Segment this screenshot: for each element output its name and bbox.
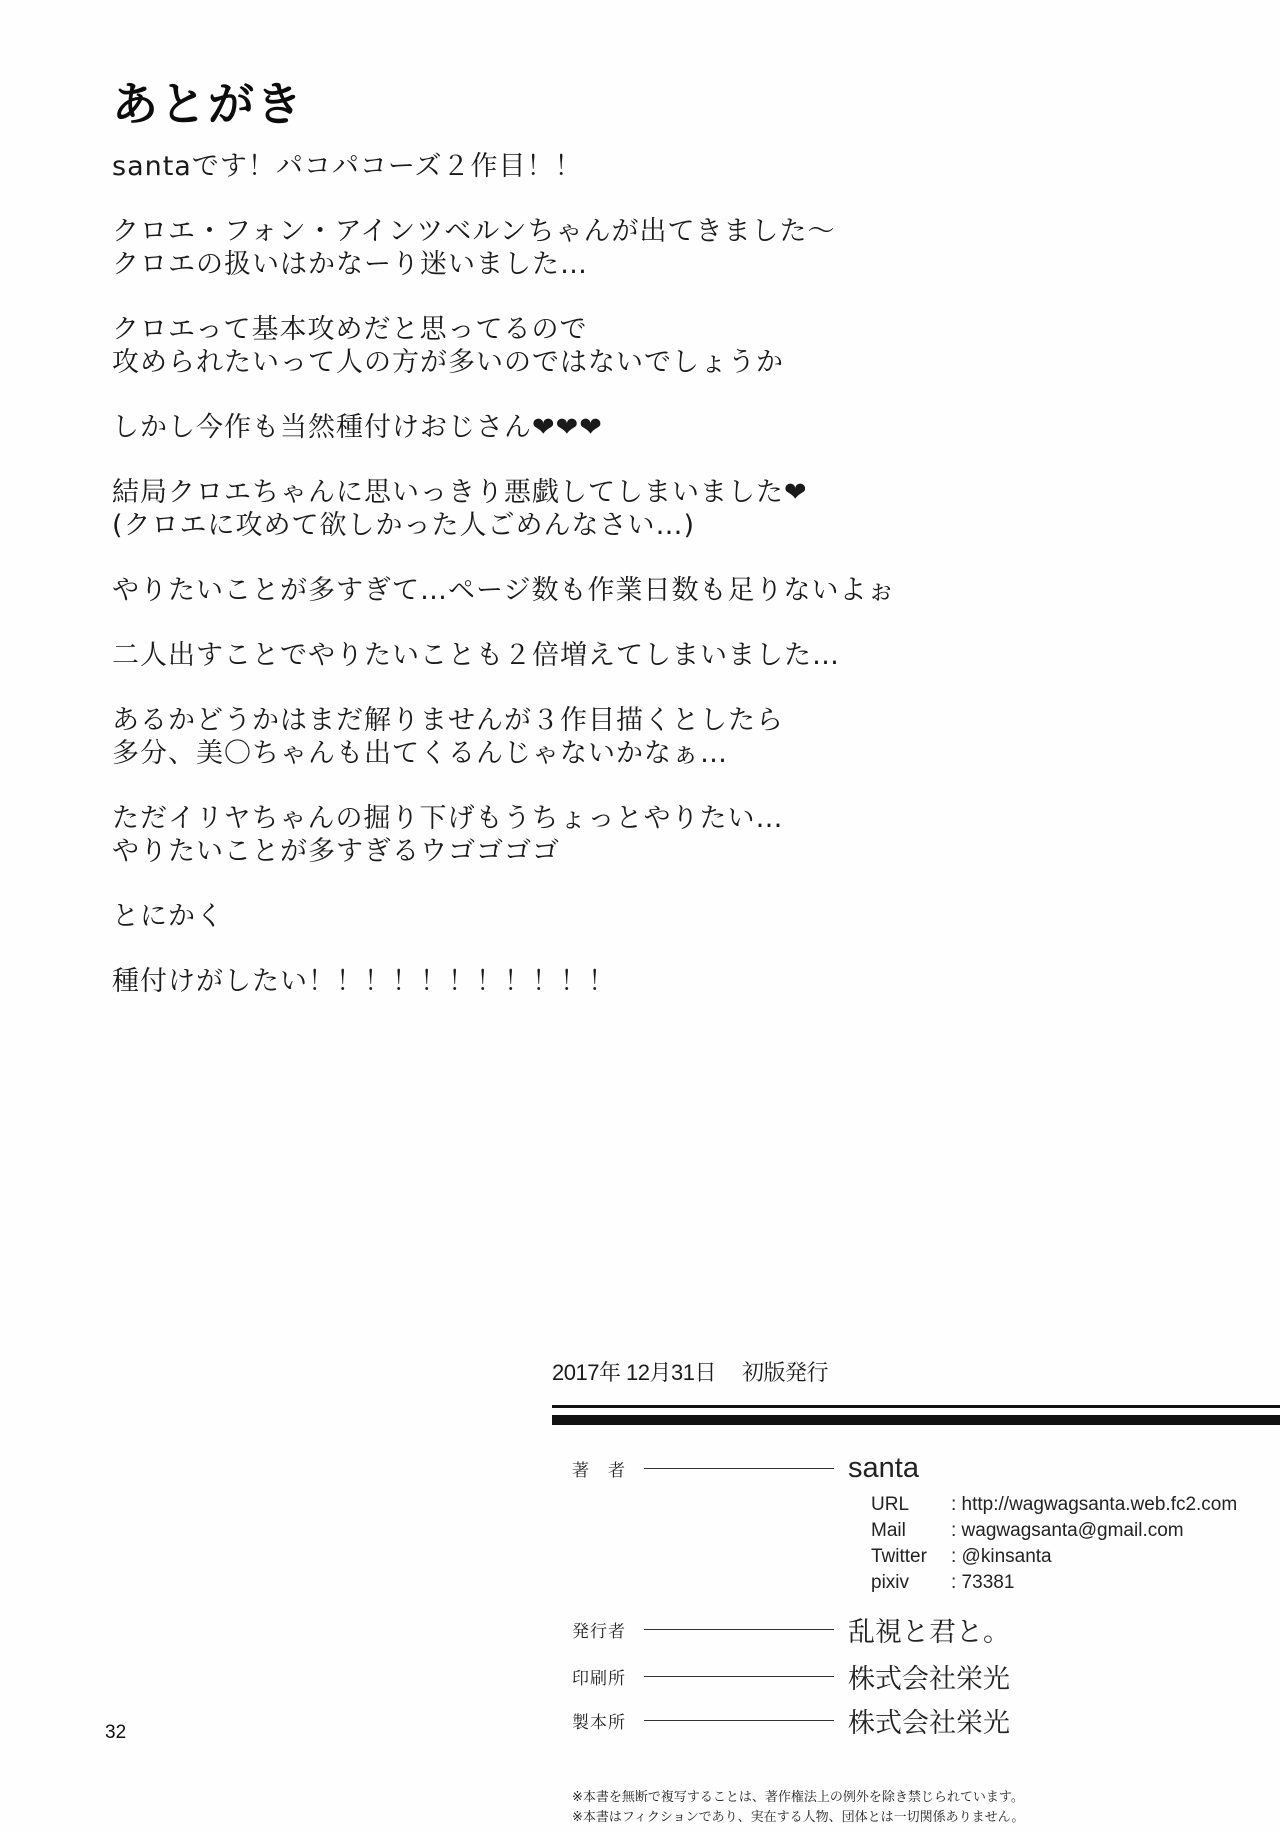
leader-line xyxy=(644,1468,834,1469)
text-line: 種付けがしたい！！！！！！！！！！！ xyxy=(112,965,895,998)
credit-label: 製本所 xyxy=(572,1708,644,1733)
binder-name: 株式会社栄光 xyxy=(848,1701,1010,1740)
divider-thin xyxy=(552,1405,1280,1408)
text-line: 多分、美〇ちゃんも出てくるんじゃないかなぁ… xyxy=(112,737,895,770)
credit-label: 発行者 xyxy=(572,1617,644,1642)
text-line: クロエって基本攻めだと思ってるので xyxy=(112,313,895,346)
credit-printer: 印刷所 株式会社栄光 xyxy=(572,1657,1010,1696)
text-line: クロエ・フォン・アインツベルンちゃんが出てきました～ xyxy=(112,215,895,248)
contact-twitter: : @kinsanta xyxy=(951,1544,1052,1570)
paragraph: しかし今作も当然種付けおじさん❤❤❤ xyxy=(112,411,895,444)
paragraph: ただイリヤちゃんの掘り下げもうちょっとやりたい… やりたいことが多すぎるウゴゴゴ… xyxy=(112,802,895,868)
text-line: (クロエに攻めて欲しかった人ごめんなさい…) xyxy=(112,509,895,542)
publication-date-line: 2017年 12月31日初版発行 xyxy=(552,1356,828,1387)
paragraph: クロエ・フォン・アインツベルンちゃんが出てきました～ クロエの扱いはかなーり迷い… xyxy=(112,215,895,281)
printer-name: 株式会社栄光 xyxy=(848,1657,1010,1696)
contact-row: URL : http://wagwagsanta.web.fc2.com xyxy=(871,1492,1237,1518)
leader-line xyxy=(644,1676,834,1677)
page-number: 32 xyxy=(105,1722,126,1744)
leader-line xyxy=(644,1720,834,1721)
contact-row: Twitter : @kinsanta xyxy=(871,1544,1237,1570)
text-line: やりたいことが多すぎて…ページ数も作業日数も足りないよぉ xyxy=(112,574,895,607)
text-line: 二人出すことでやりたいことも２倍増えてしまいました… xyxy=(112,639,895,672)
note-line: ※本書はフィクションであり、実在する人物、団体とは一切関係ありません。 xyxy=(572,1808,1024,1828)
credit-publisher: 発行者 乱視と君と。 xyxy=(572,1610,1010,1649)
publisher-name: 乱視と君と。 xyxy=(848,1610,1010,1649)
edition-label: 初版発行 xyxy=(742,1360,828,1385)
text-line: santaです！パコパコーズ２作目！！ xyxy=(112,150,895,183)
page-title: あとがき xyxy=(112,68,304,134)
paragraph: 二人出すことでやりたいことも２倍増えてしまいました… xyxy=(112,639,895,672)
contact-key: pixiv xyxy=(871,1570,951,1596)
paragraph: クロエって基本攻めだと思ってるので 攻められたいって人の方が多いのではないでしょ… xyxy=(112,313,895,379)
text-line: しかし今作も当然種付けおじさん❤❤❤ xyxy=(112,411,895,444)
paragraph: やりたいことが多すぎて…ページ数も作業日数も足りないよぉ xyxy=(112,574,895,607)
contact-row: Mail : wagwagsanta@gmail.com xyxy=(871,1518,1237,1544)
leader-line xyxy=(644,1629,834,1630)
paragraph: とにかく xyxy=(112,900,895,933)
contact-row: pixiv : 73381 xyxy=(871,1570,1237,1596)
contact-mail: : wagwagsanta@gmail.com xyxy=(951,1518,1184,1544)
afterword-page: あとがき santaです！パコパコーズ２作目！！ クロエ・フォン・アインツベルン… xyxy=(0,0,1280,1832)
divider-thick xyxy=(552,1415,1280,1425)
contact-key: Twitter xyxy=(871,1544,951,1570)
credit-label: 著 者 xyxy=(572,1456,644,1481)
paragraph: 結局クロエちゃんに思いっきり悪戯してしまいました❤ (クロエに攻めて欲しかった人… xyxy=(112,476,895,542)
credit-label: 印刷所 xyxy=(572,1664,644,1689)
text-line: とにかく xyxy=(112,900,895,933)
legal-notes: ※本書を無断で複写することは、著作権法上の例外を除き禁じられています。 ※本書は… xyxy=(572,1788,1024,1828)
text-line: やりたいことが多すぎるウゴゴゴゴ xyxy=(112,835,895,868)
paragraph: 種付けがしたい！！！！！！！！！！！ xyxy=(112,965,895,998)
credit-author: 著 者 santa xyxy=(572,1452,919,1485)
contact-key: URL xyxy=(871,1492,951,1518)
author-name: santa xyxy=(848,1452,919,1485)
paragraph: santaです！パコパコーズ２作目！！ xyxy=(112,150,895,183)
author-contacts: URL : http://wagwagsanta.web.fc2.com Mai… xyxy=(871,1492,1237,1596)
contact-key: Mail xyxy=(871,1518,951,1544)
afterword-body: santaです！パコパコーズ２作目！！ クロエ・フォン・アインツベルンちゃんが出… xyxy=(112,150,895,1030)
text-line: クロエの扱いはかなーり迷いました… xyxy=(112,248,895,281)
publication-date: 2017年 12月31日 xyxy=(552,1360,716,1385)
credit-binder: 製本所 株式会社栄光 xyxy=(572,1701,1010,1740)
paragraph: あるかどうかはまだ解りませんが３作目描くとしたら 多分、美〇ちゃんも出てくるんじ… xyxy=(112,704,895,770)
text-line: 結局クロエちゃんに思いっきり悪戯してしまいました❤ xyxy=(112,476,895,509)
note-line: ※本書を無断で複写することは、著作権法上の例外を除き禁じられています。 xyxy=(572,1788,1024,1808)
text-line: ただイリヤちゃんの掘り下げもうちょっとやりたい… xyxy=(112,802,895,835)
contact-url: : http://wagwagsanta.web.fc2.com xyxy=(951,1492,1237,1518)
text-line: 攻められたいって人の方が多いのではないでしょうか xyxy=(112,346,895,379)
contact-pixiv: : 73381 xyxy=(951,1570,1014,1596)
text-line: あるかどうかはまだ解りませんが３作目描くとしたら xyxy=(112,704,895,737)
